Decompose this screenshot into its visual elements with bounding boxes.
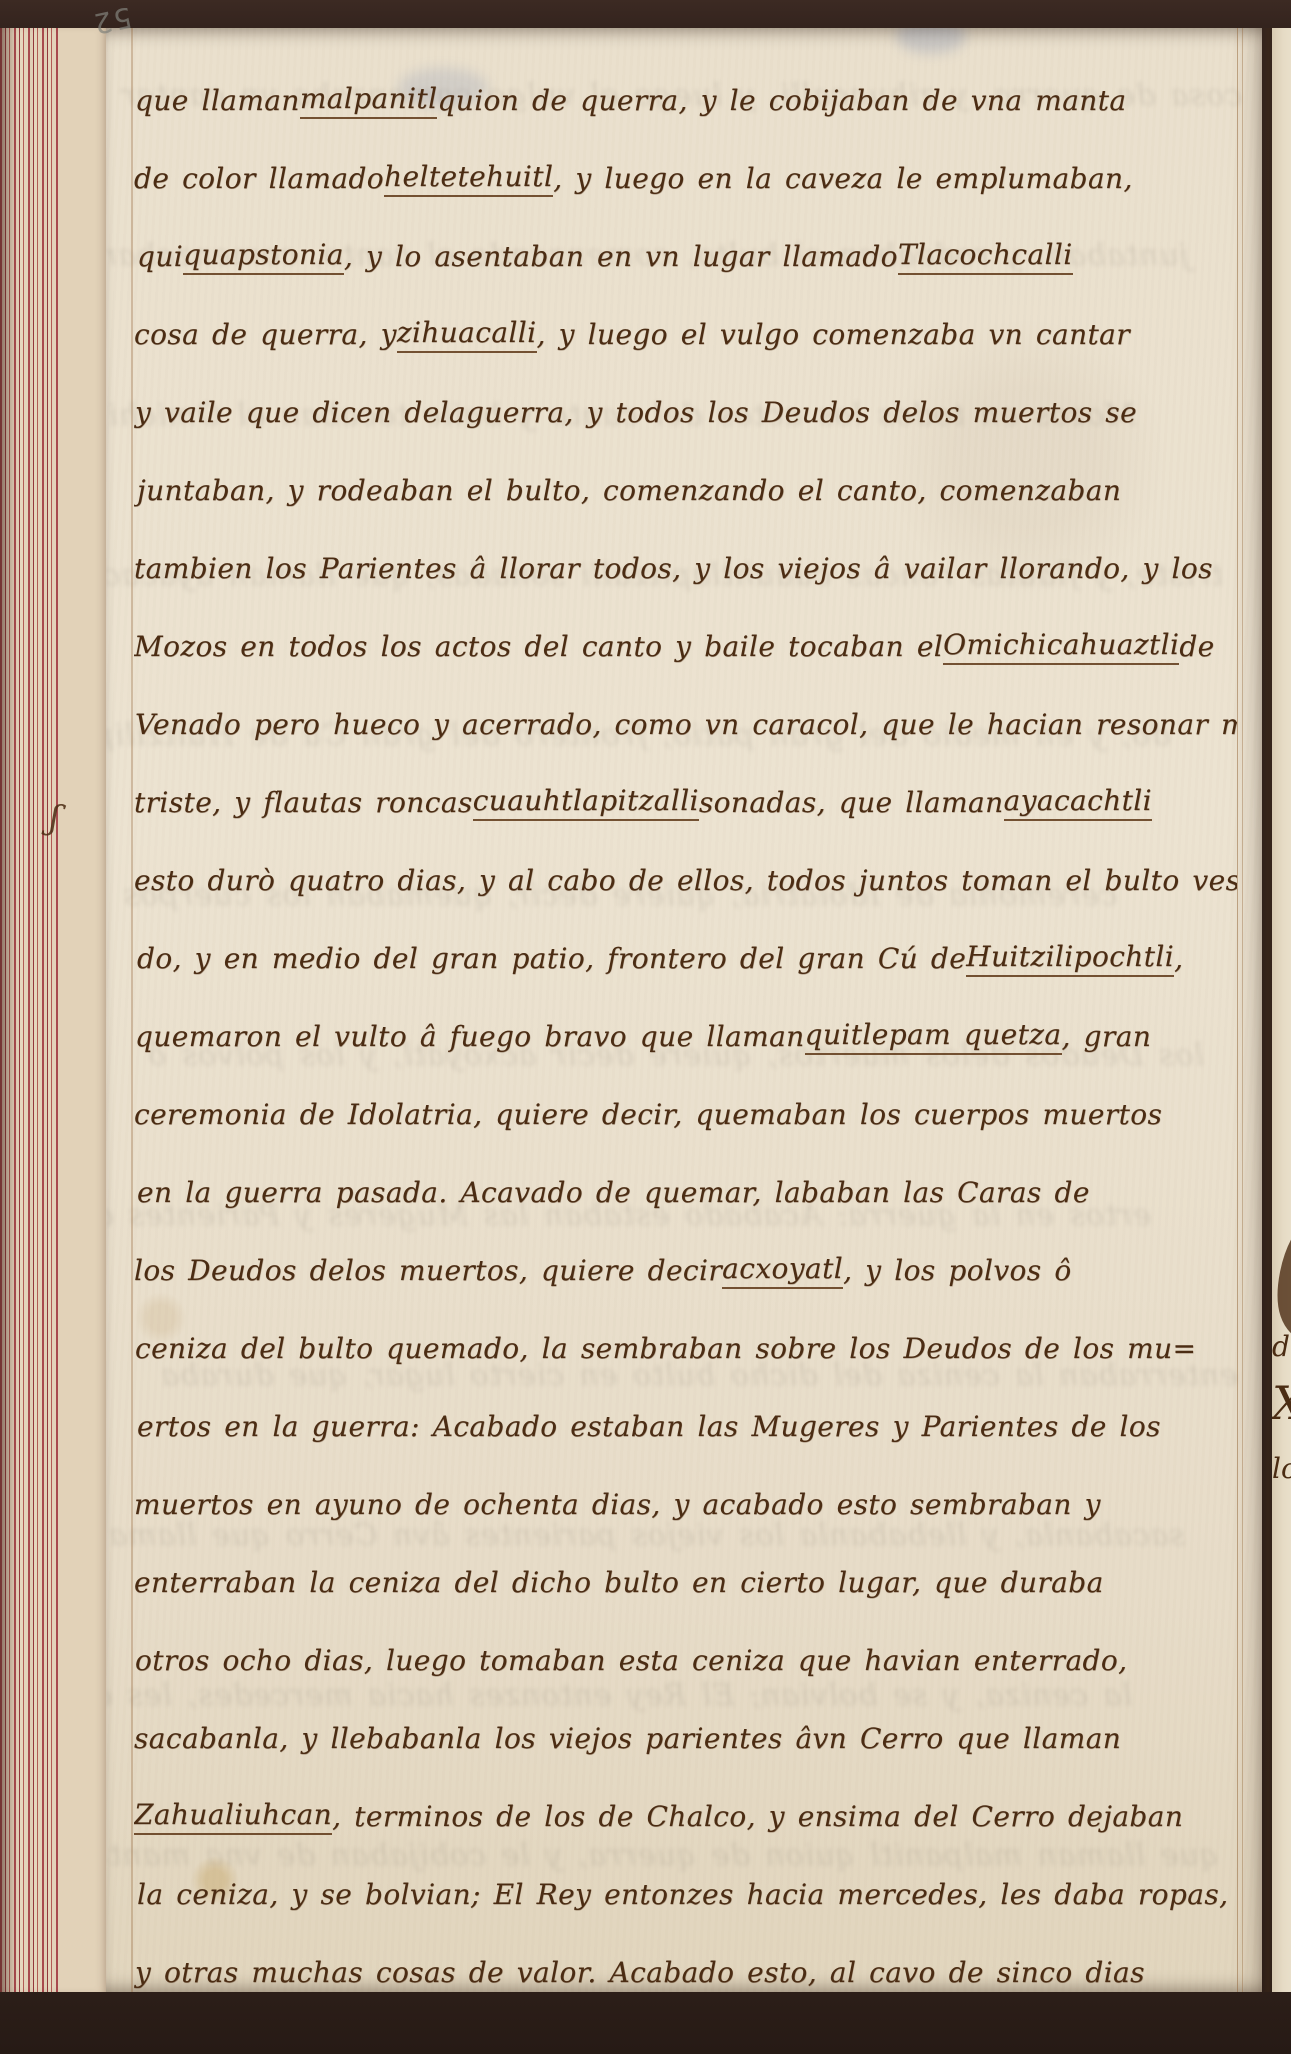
line-text: otros ocho dias, luego tomaban esta ceni… xyxy=(135,1644,1127,1677)
underlined-nahuatl-word: quapstonia xyxy=(183,238,344,275)
line-text: tambien los Parientes â llorar todos, y … xyxy=(134,552,1213,585)
facing-page-text-fragment: de xyxy=(1272,1330,1291,1363)
manuscript-line: muertos en ayuno de ochenta dias, y acab… xyxy=(134,1465,1237,1543)
line-text: en la guerra pasada. Acavado de quemar, … xyxy=(137,1176,1090,1209)
facing-page-text-fragment: ( xyxy=(1272,1180,1291,1354)
manuscript-line: do, y en medio del gran patio, frontero … xyxy=(134,919,1237,997)
line-text: juntaban, y rodeaban el bulto, comenzand… xyxy=(137,474,1121,507)
line-text: sacabanla, y llebabanla los viejos parie… xyxy=(134,1722,1121,1755)
manuscript-line: cosa de querra, y zihuacalli, y luego el… xyxy=(134,295,1237,373)
line-text: quion de querra, y le cobijaban de vna m… xyxy=(437,84,1126,117)
manuscript-line: en la guerra pasada. Acavado de quemar, … xyxy=(134,1153,1237,1231)
manuscript-line: ceniza del bulto quemado, la sembraban s… xyxy=(134,1309,1237,1387)
facing-page-edge: (deXlo xyxy=(1272,28,1291,1992)
manuscript-line: Mozos en todos los actos del canto y bai… xyxy=(134,607,1237,685)
photo-backdrop: cosa de querra, y zihuacalli, y luego el… xyxy=(0,0,1291,2054)
manuscript-line: triste, y flautas roncas cuauhtlapitzall… xyxy=(134,763,1237,841)
line-text: esto durò quatro dias, y al cabo de ello… xyxy=(134,864,1237,897)
line-text: , terminos de los de Chalco, y ensima de… xyxy=(332,1800,1183,1833)
line-text: , xyxy=(1174,942,1183,975)
line-text: quemaron el vulto â fuego bravo que llam… xyxy=(135,1020,805,1053)
line-text: Mozos en todos los actos del canto y bai… xyxy=(134,630,943,663)
underlined-nahuatl-word: Zahualiuhcan xyxy=(134,1798,332,1835)
manuscript-line: y otras muchas cosas de valor. Acabado e… xyxy=(134,1933,1237,1992)
underlined-nahuatl-word: acxoyatl xyxy=(722,1252,843,1289)
underlined-nahuatl-word: zihuacalli xyxy=(397,316,537,353)
line-text: cosa de querra, y xyxy=(134,318,397,351)
blue-showthrough-smudge xyxy=(896,28,966,54)
manuscript-line: que llaman malpanitl quion de querra, y … xyxy=(134,61,1237,139)
line-text: de xyxy=(1179,630,1214,663)
manuscript-line: ceremonia de Idolatria, quiere decir, qu… xyxy=(134,1075,1237,1153)
manuscript-line: Zahualiuhcan, terminos de los de Chalco,… xyxy=(134,1777,1237,1855)
line-text: muertos en ayuno de ochenta dias, y acab… xyxy=(134,1488,1101,1521)
margin-rule-left xyxy=(131,28,133,1992)
underlined-nahuatl-word: quitlepam quetza xyxy=(805,1018,1062,1055)
facing-page-text-fragment: X xyxy=(1272,1376,1291,1430)
underlined-nahuatl-word: Tlacochcalli xyxy=(898,238,1073,275)
line-text: , y los polvos ô xyxy=(843,1254,1072,1287)
line-text: ceniza del bulto quemado, la sembraban s… xyxy=(135,1332,1196,1365)
manuscript-line: y vaile que dicen delaguerra, y todos lo… xyxy=(134,373,1237,451)
page-edge-shadow xyxy=(1262,28,1272,1992)
line-text: qui xyxy=(137,240,183,273)
underlined-nahuatl-word: heltetehuitl xyxy=(384,160,553,197)
book-fore-edge xyxy=(0,28,106,1992)
manuscript-line: otros ocho dias, luego tomaban esta ceni… xyxy=(134,1621,1237,1699)
line-text: sonadas, que llaman xyxy=(699,786,1004,819)
line-text: , gran xyxy=(1062,1020,1152,1053)
handwritten-text-block: que llaman malpanitl quion de querra, y … xyxy=(134,61,1237,1992)
manuscript-line: sacabanla, y llebabanla los viejos parie… xyxy=(134,1699,1237,1777)
underlined-nahuatl-word: Huitzilipochtli xyxy=(966,940,1174,977)
line-text: triste, y flautas roncas xyxy=(134,786,473,819)
line-text: do, y en medio del gran patio, frontero … xyxy=(137,942,966,975)
line-text: enterraban la ceniza del dicho bulto en … xyxy=(134,1566,1104,1599)
manuscript-line: los Deudos delos muertos, quiere decir a… xyxy=(134,1231,1237,1309)
manuscript-line: la ceniza, y se bolvian; El Rey entonzes… xyxy=(134,1855,1237,1933)
manuscript-line: esto durò quatro dias, y al cabo de ello… xyxy=(134,841,1237,919)
line-text: , y lo asentaban en vn lugar llamado xyxy=(344,240,898,273)
line-text: que llaman xyxy=(135,84,300,117)
line-text: , y luego el vulgo comenzaba vn cantar xyxy=(537,318,1131,351)
line-text: y vaile que dicen delaguerra, y todos lo… xyxy=(135,396,1137,429)
line-text: Venado pero hueco y acerrado, como vn ca… xyxy=(135,708,1237,741)
manuscript-line: tambien los Parientes â llorar todos, y … xyxy=(134,529,1237,607)
manuscript-page: cosa de querra, y zihuacalli, y luego el… xyxy=(106,28,1262,1992)
manuscript-line: quemaron el vulto â fuego bravo que llam… xyxy=(134,997,1237,1075)
line-text: los Deudos delos muertos, quiere decir xyxy=(134,1254,722,1287)
underlined-nahuatl-word: Omichicahuaztli xyxy=(943,628,1179,665)
line-text: y otras muchas cosas de valor. Acabado e… xyxy=(135,1956,1145,1989)
underlined-nahuatl-word: ayacachtli xyxy=(1004,784,1152,821)
manuscript-line: Venado pero hueco y acerrado, como vn ca… xyxy=(134,685,1237,763)
manuscript-line: ertos en la guerra: Acabado estaban las … xyxy=(134,1387,1237,1465)
manuscript-line: de color llamado heltetehuitl, y luego e… xyxy=(134,139,1237,217)
manuscript-line: quiquapstonia, y lo asentaban en vn luga… xyxy=(134,217,1237,295)
margin-rule-right xyxy=(1237,28,1243,1992)
line-text: ceremonia de Idolatria, quiere decir, qu… xyxy=(134,1098,1162,1131)
facing-page-text-fragment: lo xyxy=(1272,1452,1291,1485)
underlined-nahuatl-word: malpanitl xyxy=(300,82,438,119)
line-text: ertos en la guerra: Acabado estaban las … xyxy=(137,1410,1161,1443)
underlined-nahuatl-word: cuauhtlapitzalli xyxy=(473,784,699,821)
line-text: de color llamado xyxy=(134,162,384,195)
line-text: la ceniza, y se bolvian; El Rey entonzes… xyxy=(137,1878,1228,1911)
manuscript-line: juntaban, y rodeaban el bulto, comenzand… xyxy=(134,451,1237,529)
line-text: , y luego en la caveza le emplumaban, xyxy=(553,162,1132,195)
manuscript-line: enterraban la ceniza del dicho bulto en … xyxy=(134,1543,1237,1621)
